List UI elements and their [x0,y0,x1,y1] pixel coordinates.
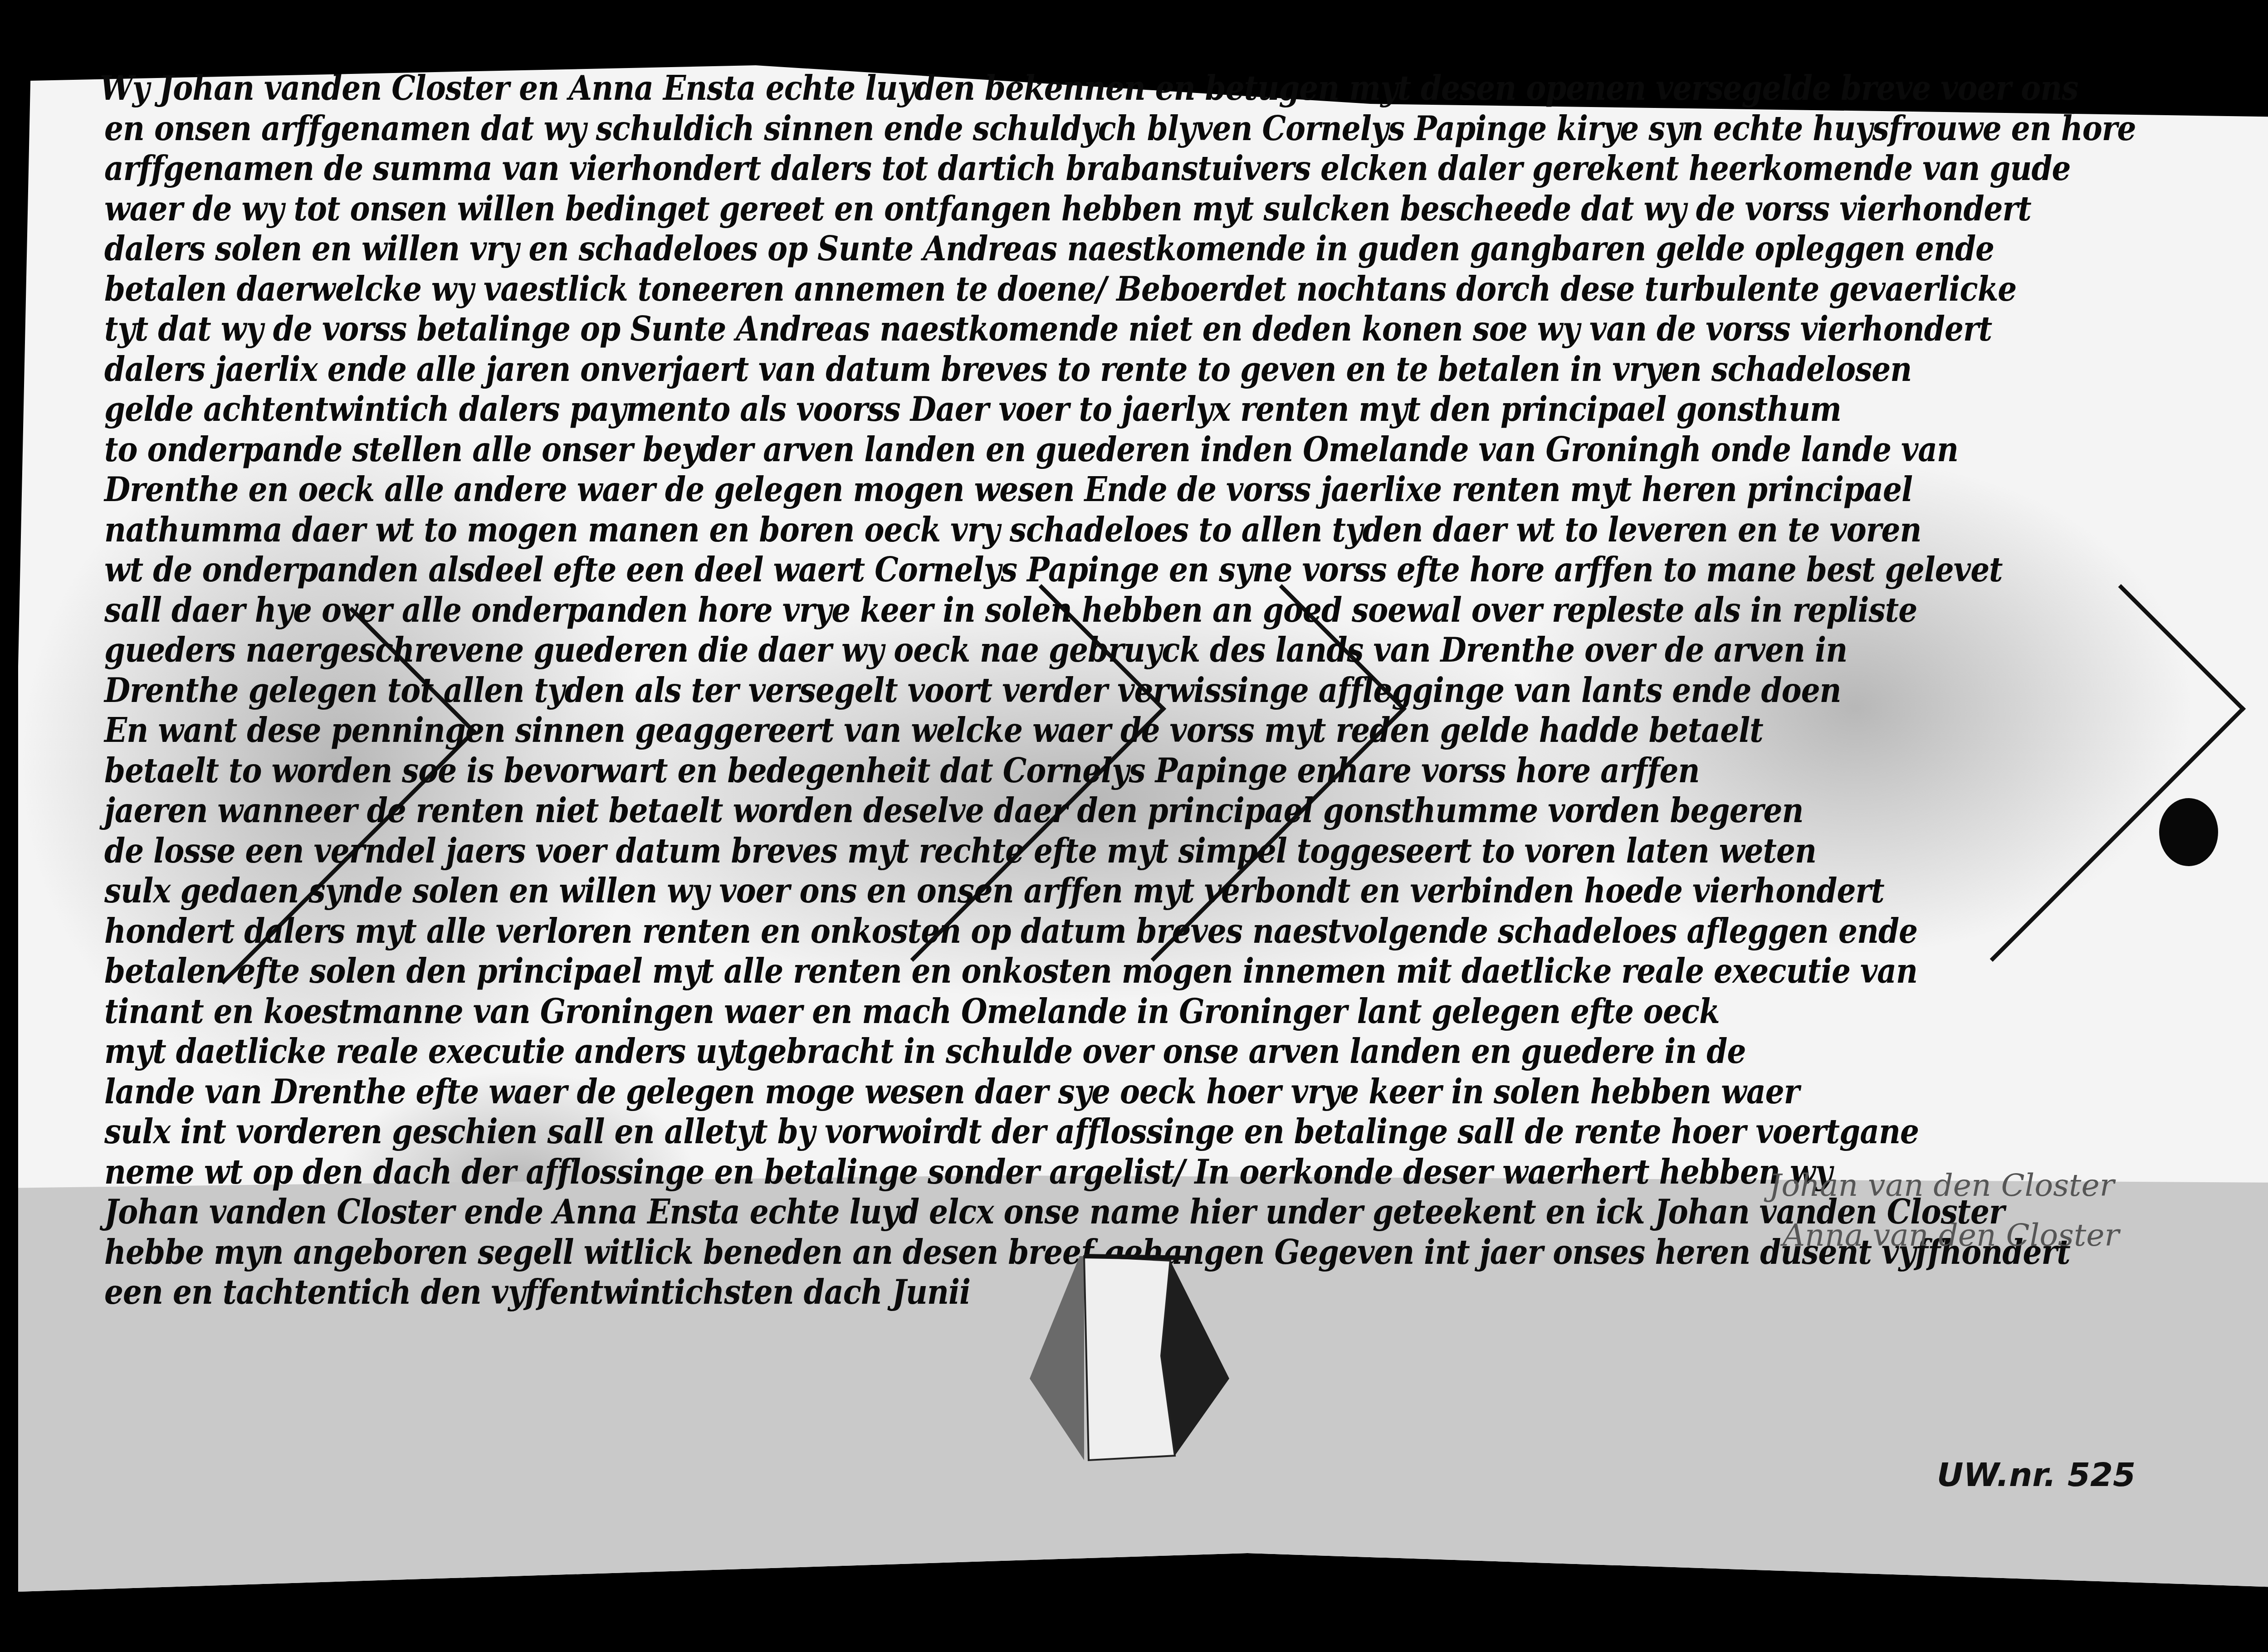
text-line: en onsen arffgenamen dat wy schuldich si… [104,106,2268,151]
text-line: dalers solen en willen vry en schadeloes… [104,226,2268,271]
text-line: myt daetlicke reale executie anders uytg… [104,1029,2268,1074]
seal-tag-icon [993,1243,1311,1465]
text-line: Drenthe gelegen tot allen tyden als ter … [104,668,2268,712]
text-line: Drenthe en oeck alle andere waer de gele… [104,467,2268,512]
signature-johan: Johan van den Closter [1769,1161,2119,1211]
text-line: lande van Drenthe efte waer de gelegen m… [104,1069,2268,1114]
text-line: betaelt to worden soe is bevorwart en be… [104,748,2268,793]
signature-anna: Anna van den Closter [1783,1211,2119,1261]
scan-background-edge [0,1589,2268,1652]
text-line: sulx int vorderen geschien sall en allet… [104,1109,2268,1154]
catalog-number: UW.nr. 525 [1937,1456,2136,1494]
text-line: tyt dat wy de vorss betalinge op Sunte A… [104,307,2268,351]
text-line: jaeren wanneer de renten niet betaelt wo… [104,788,2268,833]
text-line: to onderpande stellen alle onser beyder … [104,427,2268,472]
ink-blot [726,1478,744,1510]
text-line: gelde achtentwintich dalers paymento als… [104,387,2268,432]
text-line: dalers jaerlix ende alle jaren onverjaer… [104,346,2268,391]
text-line: sall daer hye over alle onderpanden hore… [104,587,2268,632]
text-line: sulx gedaen synde solen en willen wy voe… [104,868,2268,913]
text-line: tinant en koestmanne van Groningen waer … [104,989,2268,1033]
text-line: Wy Johan vanden Closter en Anna Ensta ec… [100,66,2268,111]
scanned-document: Wy Johan vanden Closter en Anna Ensta ec… [0,0,2268,1652]
text-line: wt de onderpanden alsdeel efte een deel … [104,547,2268,592]
text-line: waer de wy tot onsen willen bedinget ger… [104,186,2268,231]
text-line: nathumma daer wt to mogen manen en boren… [104,507,2268,552]
text-line: de losse een verndel jaers voer datum br… [104,828,2268,873]
text-line: arffgenamen de summa van vierhondert dal… [104,146,2268,191]
text-line: betalen efte solen den principael myt al… [104,949,2268,994]
seal-tag [993,1243,1311,1465]
text-line: En want dese penningen sinnen geaggereer… [104,708,2268,753]
text-line: hondert dalers myt alle verloren renten … [104,908,2268,953]
text-line: betalen daerwelcke wy vaestlick toneeren… [104,266,2268,311]
text-line: gueders naergeschrevene guederen die dae… [104,628,2268,672]
ink-blot [1823,1365,1882,1379]
signature-block: Johan van den Closter Anna van den Clost… [1769,1161,2119,1261]
charter-text: Wy Johan vanden Closter en Anna Ensta ec… [104,68,2268,1312]
